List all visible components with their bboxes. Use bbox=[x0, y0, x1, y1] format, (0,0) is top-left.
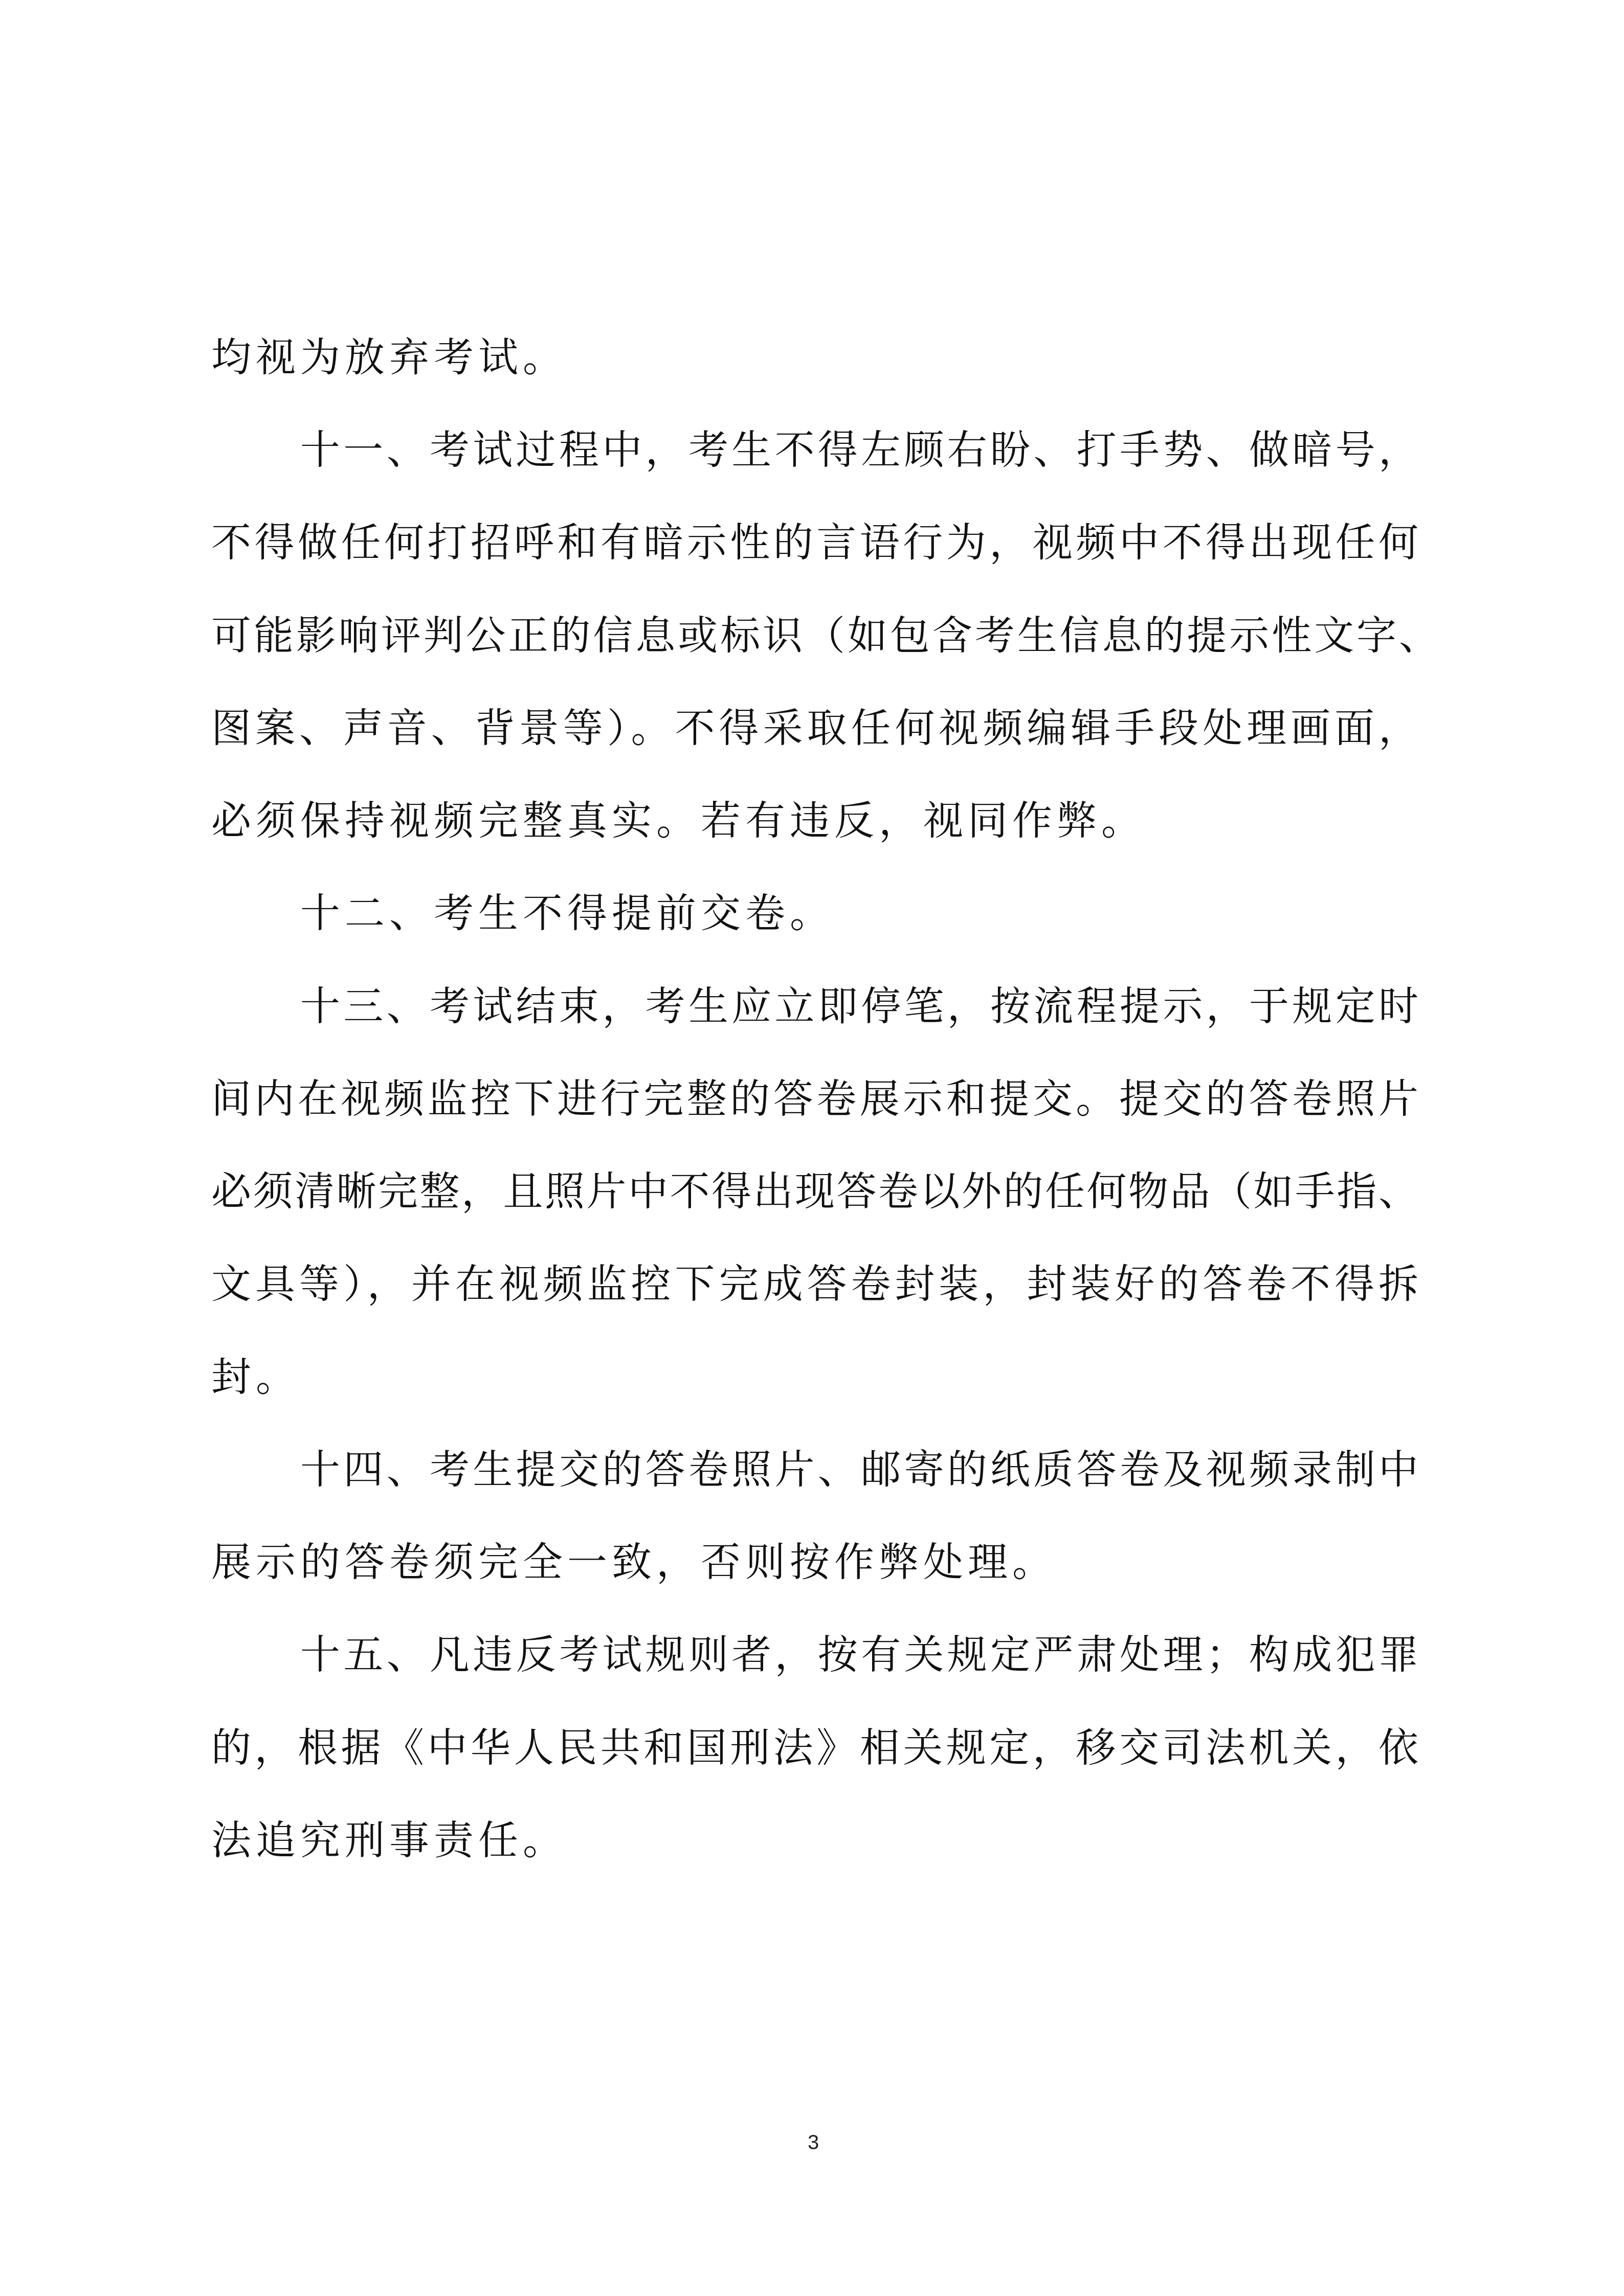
text-line-8-item-13-start: 十三、考试结束，考生应立即停笔，按流程提示，于规定时 bbox=[300, 984, 1418, 1030]
text-line-4: 可能影响评判公正的信息或标识（如包含考生信息的提示性文字、 bbox=[211, 613, 1439, 659]
text-line-16: 的，根据《中华人民共和国刑法》相关规定，移交司法机关，依 bbox=[211, 1725, 1418, 1771]
text-line-15-item-15-start: 十五、凡违反考试规则者，按有关规定严肃处理；构成犯罪 bbox=[300, 1632, 1418, 1678]
text-line-6-item-11-end: 必须保持视频完整真实。若有违反，视同作弊。 bbox=[211, 798, 1418, 844]
text-line-12-item-13-end: 封。 bbox=[211, 1355, 1418, 1401]
text-line-10: 必须清晰完整，且照片中不得出现答卷以外的任何物品（如手指、 bbox=[211, 1169, 1418, 1215]
text-line-1-paragraph-continuation: 均视为放弃考试。 bbox=[211, 335, 1418, 381]
text-line-17-item-15-end: 法追究刑事责任。 bbox=[211, 1818, 1418, 1864]
document-page: 均视为放弃考试。 十一、考试过程中，考生不得左顾右盼、打手势、做暗号， 不得做任… bbox=[0, 0, 1624, 2296]
text-line-5: 图案、声音、背景等）。不得采取任何视频编辑手段处理画面， bbox=[211, 706, 1418, 752]
text-line-13-item-14-start: 十四、考生提交的答卷照片、邮寄的纸质答卷及视频录制中 bbox=[300, 1447, 1418, 1493]
text-line-7-item-12: 十二、考生不得提前交卷。 bbox=[300, 891, 1418, 937]
text-line-2-item-11-start: 十一、考试过程中，考生不得左顾右盼、打手势、做暗号， bbox=[300, 427, 1418, 474]
text-line-3: 不得做任何打招呼和有暗示性的言语行为，视频中不得出现任何 bbox=[211, 520, 1418, 566]
text-line-11: 文具等），并在视频监控下完成答卷封装，封装好的答卷不得拆 bbox=[211, 1262, 1418, 1308]
text-line-14-item-14-end: 展示的答卷须完全一致，否则按作弊处理。 bbox=[211, 1540, 1418, 1586]
text-line-9: 间内在视频监控下进行完整的答卷展示和提交。提交的答卷照片 bbox=[211, 1076, 1418, 1122]
page-number: 3 bbox=[798, 2130, 829, 2155]
